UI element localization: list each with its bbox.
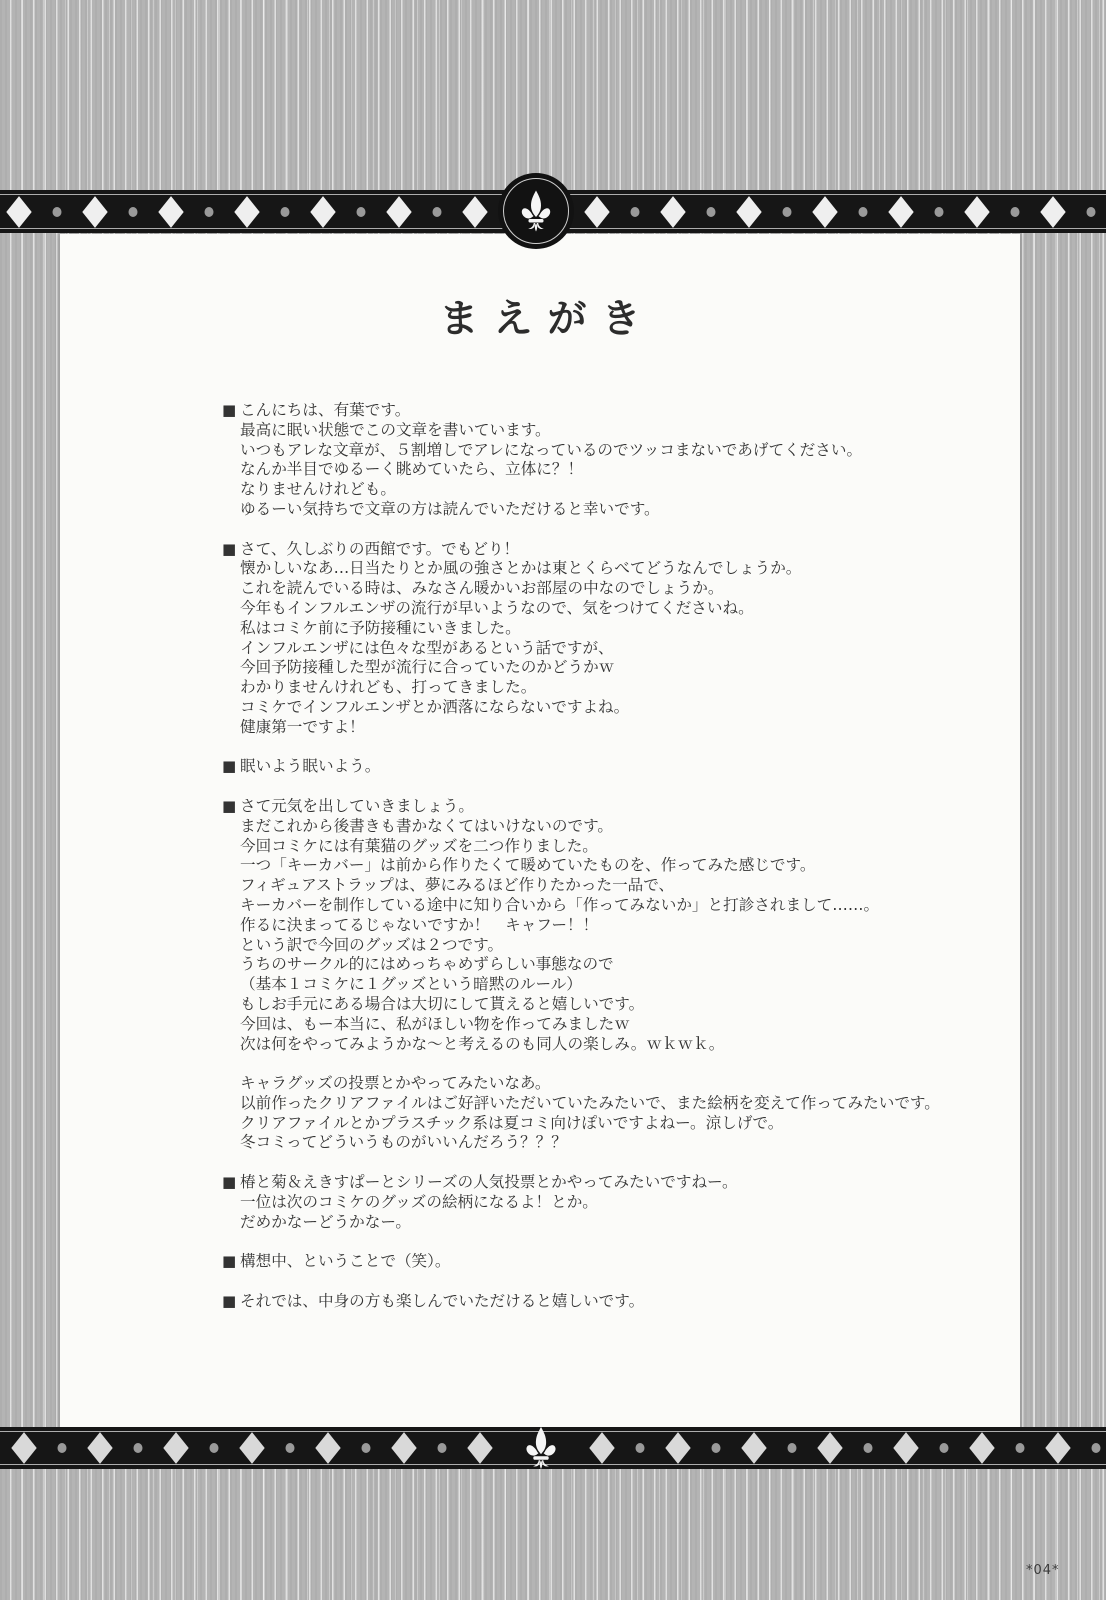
dot-ornament xyxy=(53,207,62,217)
bullet-marker: ■ xyxy=(222,540,236,560)
dot-ornament xyxy=(788,1443,797,1453)
dot-ornament xyxy=(636,1443,645,1453)
dot-ornament xyxy=(864,1443,873,1453)
dot-ornament xyxy=(940,1443,949,1453)
dot-ornament xyxy=(134,1443,143,1453)
bullet-marker: ■ xyxy=(222,1292,236,1312)
paragraph: ■構想中、ということで（笑）。 xyxy=(240,1252,960,1272)
text-line: いつもアレな文章が、５割増しでアレになっているのでツッコまないであげてください。 xyxy=(240,441,960,461)
dot-ornament xyxy=(438,1443,447,1453)
dot-ornament xyxy=(631,207,640,217)
bullet-marker: ■ xyxy=(222,1173,236,1193)
dot-ornament xyxy=(286,1443,295,1453)
fleur-de-lis-icon xyxy=(521,191,551,232)
text-line: 作るに決まってるじゃないですか！ キャフー！！ xyxy=(240,916,960,936)
paragraph: キャラグッズの投票とかやってみたいなあ。以前作ったクリアファイルはご好評いただい… xyxy=(240,1074,960,1153)
text-line: 懐かしいなあ…日当たりとか風の強さとかは東とくらべてどうなんでしょうか。 xyxy=(240,559,960,579)
text-line: クリアファイルとかプラスチック系は夏コミ向けぽいですよねー。涼しげで。 xyxy=(240,1114,960,1134)
text-line: 一位は次のコミケのグッズの絵柄になるよ！とか。 xyxy=(240,1193,960,1213)
text-line: なりませんけれども。 xyxy=(240,480,960,500)
dot-ornament xyxy=(357,207,366,217)
dot-ornament xyxy=(58,1443,67,1453)
text-line: もしお手元にある場合は大切にして貰えると嬉しいです。 xyxy=(240,995,960,1015)
text-line: コミケでインフルエンザとか洒落にならないですよね。 xyxy=(240,698,960,718)
text-line: 一つ「キーカバー」は前から作りたくて暖めていたものを、作ってみた感じです。 xyxy=(240,856,960,876)
dot-ornament xyxy=(205,207,214,217)
paragraph: ■椿と菊＆えきすぱーとシリーズの人気投票とかやってみたいですねー。一位は次のコミ… xyxy=(240,1173,960,1232)
dot-ornament xyxy=(1016,1443,1025,1453)
bullet-marker: ■ xyxy=(222,797,236,817)
dot-ornament xyxy=(707,207,716,217)
text-line: 健康第一ですよ！ xyxy=(240,718,960,738)
dot-ornament xyxy=(362,1443,371,1453)
page-number: *04* xyxy=(1026,1563,1060,1578)
text-line: （基本１コミケに１グッズという暗黙のルール） xyxy=(240,975,960,995)
text-line: という訳で今回のグッズは２つです。 xyxy=(240,936,960,956)
text-line: だめかなーどうかなー。 xyxy=(240,1213,960,1233)
scanned-book-page: { "page": { "title": "まえがき", "page_numbe… xyxy=(0,0,1106,1600)
text-line: 私はコミケ前に予防接種にいきました。 xyxy=(240,619,960,639)
bullet-marker: ■ xyxy=(222,1252,236,1272)
dot-ornament xyxy=(210,1443,219,1453)
text-line: それでは、中身の方も楽しんでいただけると嬉しいです。 xyxy=(240,1292,960,1312)
ornament-band-top xyxy=(0,190,1106,233)
paragraph: ■さて元気を出していきましょう。まだこれから後書きも書かなくてはいけないのです。… xyxy=(240,797,960,1054)
text-line: 眠いよう眠いよう。 xyxy=(240,757,960,777)
text-line: 椿と菊＆えきすぱーとシリーズの人気投票とかやってみたいですねー。 xyxy=(240,1173,960,1193)
fleur-de-lis-icon xyxy=(526,1427,557,1469)
text-line: キャラグッズの投票とかやってみたいなあ。 xyxy=(240,1074,960,1094)
text-line: インフルエンザには色々な型があるという話ですが、 xyxy=(240,639,960,659)
dot-ornament xyxy=(433,207,442,217)
text-line: 構想中、ということで（笑）。 xyxy=(240,1252,960,1272)
dot-ornament xyxy=(1087,207,1096,217)
text-line: さて元気を出していきましょう。 xyxy=(240,797,960,817)
paragraph: ■さて、久しぶりの西館です。でもどり！懐かしいなあ…日当たりとか風の強さとかは東… xyxy=(240,540,960,738)
text-line: 今回は、もー本当に、私がほしい物を作ってみましたｗ xyxy=(240,1015,960,1035)
foreword-text: ■こんにちは、有葉です。最高に眠い状態でこの文章を書いています。いつもアレな文章… xyxy=(240,401,960,1312)
text-line: 今年もインフルエンザの流行が早いようなので、気をつけてくださいね。 xyxy=(240,599,960,619)
text-line: 冬コミってどういうものがいいんだろう？？？ xyxy=(240,1133,960,1153)
dot-ornament xyxy=(935,207,944,217)
dot-ornament xyxy=(1011,207,1020,217)
text-line: 今回コミケには有葉猫のグッズを二つ作りました。 xyxy=(240,837,960,857)
dot-ornament xyxy=(1092,1443,1101,1453)
paragraph: ■それでは、中身の方も楽しんでいただけると嬉しいです。 xyxy=(240,1292,960,1312)
text-line: まだこれから後書きも書かなくてはいけないのです。 xyxy=(240,817,960,837)
text-line: フィギュアストラップは、夢にみるほど作りたかった一品で、 xyxy=(240,876,960,896)
paragraph: ■こんにちは、有葉です。最高に眠い状態でこの文章を書いています。いつもアレな文章… xyxy=(240,401,960,520)
text-line: さて、久しぶりの西館です。でもどり！ xyxy=(240,540,960,560)
text-line: わかりませんけれども、打ってきました。 xyxy=(240,678,960,698)
ornament-band-bottom xyxy=(0,1427,1106,1469)
bullet-marker: ■ xyxy=(222,401,236,421)
dot-ornament xyxy=(712,1443,721,1453)
page-title: まえがき xyxy=(60,288,1020,344)
text-line: 以前作ったクリアファイルはご好評いただいていたみたいで、また絵柄を変えて作ってみ… xyxy=(240,1094,960,1114)
text-line: これを読んでいる時は、みなさん暖かいお部屋の中なのでしょうか。 xyxy=(240,579,960,599)
text-line: 最高に眠い状態でこの文章を書いています。 xyxy=(240,421,960,441)
text-line: 今回予防接種した型が流行に合っていたのかどうかｗ xyxy=(240,658,960,678)
text-line: こんにちは、有葉です。 xyxy=(240,401,960,421)
dot-ornament xyxy=(783,207,792,217)
text-line: うちのサークル的にはめっちゃめずらしい事態なので xyxy=(240,955,960,975)
text-line: なんか半目でゆるーく眺めていたら、立体に？！ xyxy=(240,460,960,480)
dot-ornament xyxy=(129,207,138,217)
dot-ornament xyxy=(281,207,290,217)
text-line: ゆるーい気持ちで文章の方は読んでいただけると幸いです。 xyxy=(240,500,960,520)
text-line: 次は何をやってみようかな〜と考えるのも同人の楽しみ。ｗｋｗｋ。 xyxy=(240,1035,960,1055)
text-line: キーカバーを制作している途中に知り合いから「作ってみないか」と打診されまして……… xyxy=(240,896,960,916)
bullet-marker: ■ xyxy=(222,757,236,777)
dot-ornament xyxy=(859,207,868,217)
paragraph: ■眠いよう眠いよう。 xyxy=(240,757,960,777)
center-seal xyxy=(498,173,574,249)
